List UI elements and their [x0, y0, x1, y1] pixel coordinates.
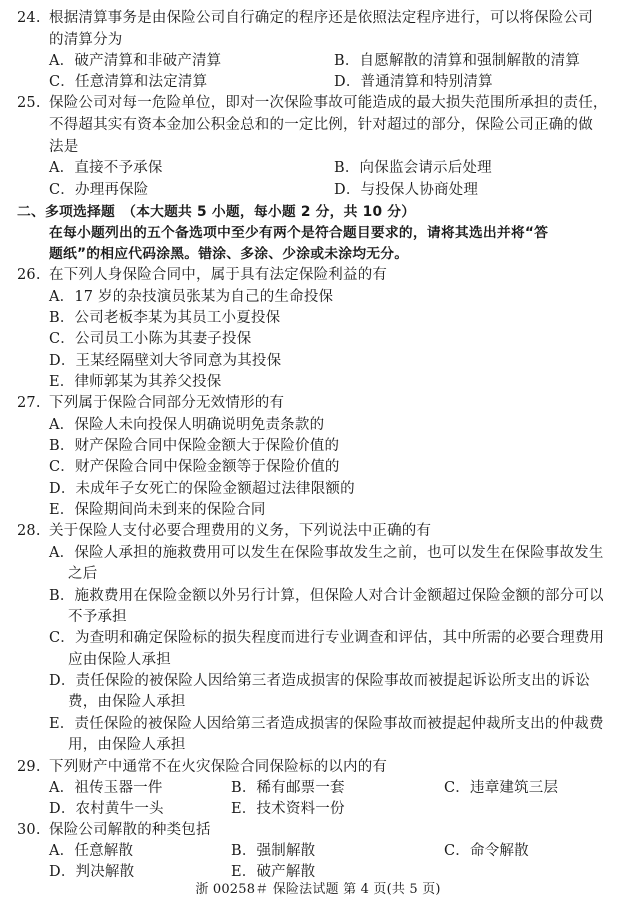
option-e: E．律师郭某为其养父投保 [49, 372, 221, 392]
option-d: D．农村黄牛一头 [49, 799, 164, 819]
option-e-line: 用，由保险人承担 [68, 735, 186, 755]
option-e-line: E．责任保险的被保险人因给第三者造成损害的保险事故而被提起仲裁所支出的仲裁费 [49, 714, 604, 734]
option-d-line: D．责任保险的被保险人因给第三者造成损害的保险事故而被提起诉讼所支出的诉讼 [49, 671, 590, 691]
question-stem-line: 根据清算事务是由保险公司自行确定的程序还是依照法定程序进行，可以将保险公司 [49, 8, 593, 28]
option-d: D．王某经隔壁刘大爷同意为其投保 [49, 351, 281, 371]
option-d: D．与投保人协商处理 [334, 180, 478, 200]
option-a: A．破产清算和非破产清算 [49, 51, 221, 71]
option-c: C．违章建筑三层 [444, 778, 558, 798]
option-c: C．办理再保险 [49, 180, 149, 200]
option-b: B．稀有邮票一套 [231, 778, 345, 798]
option-c: C．财产保险合同中保险金额等于保险价值的 [49, 457, 340, 477]
option-c: C．任意清算和法定清算 [49, 72, 207, 92]
option-c-line: C．为查明和确定保险标的损失程度而进行专业调查和评估，其中所需的必要合理费用 [49, 628, 604, 648]
question-stem: 关于保险人支付必要合理费用的义务，下列说法中正确的有 [49, 521, 431, 541]
option-e: E．技术资料一份 [231, 799, 345, 819]
option-c-line: 应由保险人承担 [68, 650, 171, 670]
exam-page: 24. 根据清算事务是由保险公司自行确定的程序还是依照法定程序进行，可以将保险公… [0, 0, 636, 921]
option-b: B．向保监会请示后处理 [334, 158, 492, 178]
option-b: B．强制解散 [231, 841, 315, 861]
option-c: C．命令解散 [444, 841, 529, 861]
option-e: E．保险期间尚未到来的保险合同 [49, 500, 266, 520]
question-number: 30. [17, 820, 41, 840]
option-b: B．财产保险合同中保险金额大于保险价值的 [49, 436, 339, 456]
option-d: D．普通清算和特别清算 [334, 72, 493, 92]
option-a: A．任意解散 [49, 841, 133, 861]
page-footer: 浙 00258＃ 保险法试题 第 4 页(共 5 页) [0, 880, 636, 900]
option-b-line: 不予承担 [68, 607, 127, 627]
option-d: D．判决解散 [49, 862, 134, 882]
question-stem: 在下列人身保险合同中，属于具有法定保险利益的有 [49, 265, 387, 285]
question-stem: 保险公司解散的种类包括 [49, 820, 211, 840]
option-a: A．17 岁的杂技演员张某为自己的生命投保 [49, 287, 333, 307]
section-instruction-line: 在每小题列出的五个备选项中至少有两个是符合题目要求的，请将其选出并将“答 [49, 223, 548, 243]
option-a-line: A．保险人承担的施救费用可以发生在保险事故发生之前，也可以发生在保险事故发生 [49, 543, 604, 563]
option-d: D．未成年子女死亡的保险金额超过法律限额的 [49, 479, 355, 499]
question-stem-line: 保险公司对每一危险单位，即对一次保险事故可能造成的最大损失范围所承担的责任， [49, 93, 608, 113]
question-number: 29. [17, 757, 41, 777]
section-title: 二、多项选择题 （本大题共 5 小题，每小题 2 分，共 10 分） [17, 202, 415, 222]
option-d-line: 费，由保险人承担 [68, 692, 186, 712]
option-a: A．保险人未向投保人明确说明免责条款的 [49, 415, 324, 435]
section-instruction-line: 题纸”的相应代码涂黑。错涂、多涂、少涂或未涂均无分。 [49, 244, 408, 264]
question-number: 28. [17, 521, 41, 541]
option-a: A．直接不予承保 [49, 158, 163, 178]
question-number: 24. [17, 8, 41, 28]
option-a: A．祖传玉器一件 [49, 778, 163, 798]
question-number: 25. [17, 93, 41, 113]
question-stem-line: 法是 [49, 137, 78, 157]
option-b: B．自愿解散的清算和强制解散的清算 [334, 51, 580, 71]
question-stem: 下列财产中通常不在火灾保险合同保险标的以内的有 [49, 757, 387, 777]
option-e: E．破产解散 [231, 862, 315, 882]
question-number: 27. [17, 393, 41, 413]
question-number: 26. [17, 265, 41, 285]
option-b-line: B．施救费用在保险金额以外另行计算，但保险人对合计金额超过保险金额的部分可以 [49, 586, 604, 606]
option-b: B．公司老板李某为其员工小夏投保 [49, 308, 280, 328]
option-a-line: 之后 [68, 564, 97, 584]
question-stem-line: 的清算分为 [49, 30, 123, 50]
question-stem-line: 不得超其实有资本金加公积金总和的一定比例，针对超过的部分，保险公司正确的做 [49, 115, 593, 135]
question-stem: 下列属于保险合同部分无效情形的有 [49, 393, 284, 413]
option-c: C．公司员工小陈为其妻子投保 [49, 329, 251, 349]
